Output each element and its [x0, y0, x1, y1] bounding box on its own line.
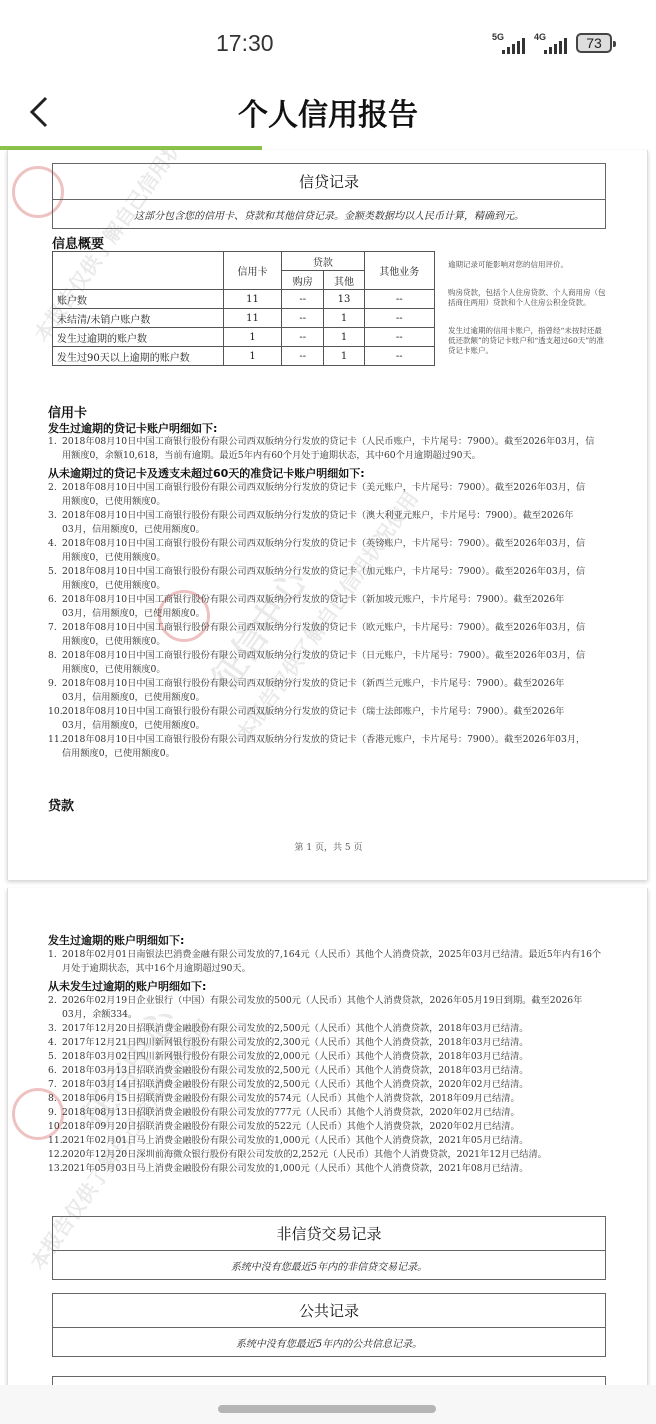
table-row: 账户数 11 -- 13 -- — [53, 290, 435, 309]
list-item: 3.2017年12月20日招联消费金融股份有限公司发放的2,500元（人民币）其… — [48, 1022, 618, 1036]
overdue-loan-heading: 发生过逾期的账户明细如下: — [48, 932, 184, 948]
list-item: 4.2017年12月21日四川新网银行股份有限公司发放的2,300元（人民币）其… — [48, 1036, 618, 1050]
list-item: 5.2018年03月02日四川新网银行股份有限公司发放的2,000元（人民币）其… — [48, 1050, 618, 1064]
list-item: 12.2020年12月20日深圳前海微众银行股份有限公司发放的2,252元（人民… — [48, 1148, 618, 1162]
summary-notes: 逾期记录可能影响对您的信用评价。 购房贷款，包括个人住房贷款、个人商用房（包括商… — [448, 260, 608, 374]
loan-heading: 贷款 — [48, 795, 74, 814]
list-item: 2.2018年08月10日中国工商银行股份有限公司西双版纳分行发放的贷记卡（美元… — [48, 481, 618, 508]
col-credit-card: 信用卡 — [223, 252, 281, 290]
section-title: 信贷记录 — [53, 164, 605, 200]
normal-loan-heading: 从未发生过逾期的账户明细如下: — [48, 978, 206, 994]
page-number: 第 1 页，共 5 页 — [8, 840, 648, 853]
report-page-2[interactable]: 本报告仅供了解自己信用状况使用 征信中心 发生过逾期的账户明细如下: 1.201… — [7, 888, 648, 1388]
nav-bar: 个人信用报告 — [0, 80, 656, 146]
battery-icon: 73 — [576, 33, 612, 53]
section-description: 这部分包含您的信用卡、贷款和其他信贷记录。金额类数据均以人民币计算，精确到元。 — [53, 200, 605, 228]
overdue-card-heading: 发生过逾期的贷记卡账户明细如下: — [48, 420, 217, 436]
list-item: 9.2018年08月10日中国工商银行股份有限公司西双版纳分行发放的贷记卡（新西… — [48, 677, 618, 704]
credit-record-section: 信贷记录 这部分包含您的信用卡、贷款和其他信贷记录。金额类数据均以人民币计算，精… — [52, 163, 606, 229]
gesture-bar-area — [0, 1385, 656, 1424]
summary-heading: 信息概要 — [52, 233, 104, 252]
list-item: 9.2018年08月13日招联消费金融股份有限公司发放的777元（人民币）其他个… — [48, 1106, 618, 1120]
list-item: 5.2018年08月10日中国工商银行股份有限公司西双版纳分行发放的贷记卡（加元… — [48, 565, 618, 592]
col-loan-other: 其他 — [324, 271, 364, 290]
status-bar: 17:30 5G 4G 73 — [0, 0, 656, 80]
table-row: 发生过逾期的账户数 1 -- 1 -- — [53, 328, 435, 347]
signal-5g-icon: 5G — [492, 32, 528, 54]
col-loan-housing: 购房 — [282, 271, 324, 290]
public-record-section: 公共记录 系统中没有您最近5年内的公共信息记录。 — [52, 1293, 606, 1357]
list-item: 4.2018年08月10日中国工商银行股份有限公司西双版纳分行发放的贷记卡（英镑… — [48, 537, 618, 564]
section-description: 系统中没有您最近5年内的非信贷交易记录。 — [53, 1251, 605, 1279]
table-row: 发生过90天以上逾期的账户数 1 -- 1 -- — [53, 347, 435, 366]
list-item: 1.2018年08月10日中国工商银行股份有限公司西双版纳分行发放的贷记卡（人民… — [48, 435, 618, 462]
normal-card-heading: 从未逾期过的贷记卡及透支未超过60天的准贷记卡账户明细如下: — [48, 465, 365, 481]
list-item: 13.2021年05月03日马上消费金融股份有限公司发放的1,000元（人民币）… — [48, 1162, 618, 1176]
table-row: 未结清/未销户账户数 11 -- 1 -- — [53, 309, 435, 328]
status-icons: 5G 4G 73 — [492, 32, 612, 54]
note: 购房贷款，包括个人住房贷款、个人商用房（包括商住两用）贷款和个人住房公积金贷款。 — [448, 288, 608, 308]
note: 逾期记录可能影响对您的信用评价。 — [448, 260, 608, 270]
list-item: 2.2026年02月19日企业银行（中国）有限公司发放的500元（人民币）其他个… — [48, 994, 618, 1021]
list-item: 8.2018年08月10日中国工商银行股份有限公司西双版纳分行发放的贷记卡（日元… — [48, 649, 618, 676]
list-item: 11.2018年08月10日中国工商银行股份有限公司西双版纳分行发放的贷记卡（香… — [48, 733, 618, 760]
credit-card-heading: 信用卡 — [48, 402, 87, 421]
list-item: 6.2018年08月10日中国工商银行股份有限公司西双版纳分行发放的贷记卡（新加… — [48, 593, 618, 620]
section-description: 系统中没有您最近5年内的公共信息记录。 — [53, 1328, 605, 1356]
report-page-1[interactable]: 本报告仅供了解自己信用状况使用 征信中心 本报告仅供了解自己信用状况使用 信贷记… — [7, 150, 648, 880]
section-title: 公共记录 — [53, 1294, 605, 1328]
col-other-business: 其他业务 — [364, 252, 434, 290]
list-item: 6.2018年03月13日招联消费金融股份有限公司发放的2,500元（人民币）其… — [48, 1064, 618, 1078]
section-title: 非信贷交易记录 — [53, 1217, 605, 1251]
list-item: 7.2018年08月10日中国工商银行股份有限公司西双版纳分行发放的贷记卡（欧元… — [48, 621, 618, 648]
home-indicator[interactable] — [218, 1405, 436, 1413]
page-title: 个人信用报告 — [0, 90, 656, 134]
note: 发生过逾期的信用卡账户，指曾经“未按时还最低还款额”的贷记卡账户和“透支超过60… — [448, 326, 608, 356]
list-item: 3.2018年08月10日中国工商银行股份有限公司西双版纳分行发放的贷记卡（澳大… — [48, 509, 618, 536]
list-item: 11.2021年02月01日马上消费金融股份有限公司发放的1,000元（人民币）… — [48, 1134, 618, 1148]
list-item: 10.2018年08月10日中国工商银行股份有限公司西双版纳分行发放的贷记卡（瑞… — [48, 705, 618, 732]
list-item: 8.2018年06月15日招联消费金融股份有限公司发放的574元（人民币）其他个… — [48, 1092, 618, 1106]
non-credit-record-section: 非信贷交易记录 系统中没有您最近5年内的非信贷交易记录。 — [52, 1216, 606, 1280]
list-item: 7.2018年03月14日招联消费金融股份有限公司发放的2,500元（人民币）其… — [48, 1078, 618, 1092]
summary-table: 信用卡 贷款 其他业务 购房 其他 账户数 11 -- 13 -- 未结清/未销… — [52, 251, 435, 366]
list-item: 10.2018年09月20日招联消费金融股份有限公司发放的522元（人民币）其他… — [48, 1120, 618, 1134]
list-item: 1.2018年02月01日南银法巴消费金融有限公司发放的7,164元（人民币）其… — [48, 948, 618, 975]
col-loan: 贷款 — [282, 252, 364, 271]
status-time: 17:30 — [216, 30, 274, 57]
table-corner — [53, 252, 224, 290]
signal-4g-icon: 4G — [534, 32, 570, 54]
